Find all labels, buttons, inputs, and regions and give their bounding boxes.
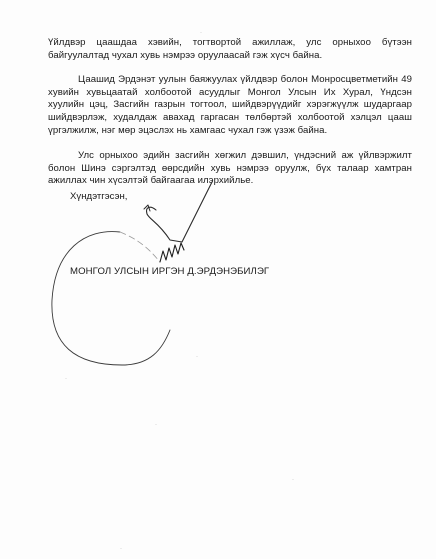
scan-speck: [120, 548, 122, 549]
scan-speck: [200, 32, 202, 33]
paragraph-3: Улс орныхоо эдийн засгийн хөгжил дэвшил,…: [48, 150, 412, 188]
document-page: Үйлдвэр цаашдаа хэвийн, тогтвортой ажилл…: [0, 0, 436, 559]
scan-speck: [65, 378, 67, 379]
signer-name: МОНГОЛ УЛСЫН ИРГЭН Д.ЭРДЭНЭБИЛЭГ: [70, 266, 269, 277]
paragraph-text: Цаашид Эрдэнэт уулын баяжуулах үйлдвэр б…: [48, 74, 412, 138]
paragraph-1: Үйлдвэр цаашдаа хэвийн, тогтвортой ажилл…: [48, 37, 412, 62]
paragraph-text: Үйлдвэр цаашдаа хэвийн, тогтвортой ажилл…: [48, 37, 412, 62]
scan-speck: [196, 356, 198, 357]
scan-speck: [292, 479, 294, 480]
paragraph-text: Улс орныхоо эдийн засгийн хөгжил дэвшил,…: [48, 150, 412, 188]
paragraph-2: Цаашид Эрдэнэт уулын баяжуулах үйлдвэр б…: [48, 74, 412, 138]
closing-greeting: Хүндэтгэсэн,: [70, 191, 127, 202]
scan-speck: [155, 424, 157, 425]
